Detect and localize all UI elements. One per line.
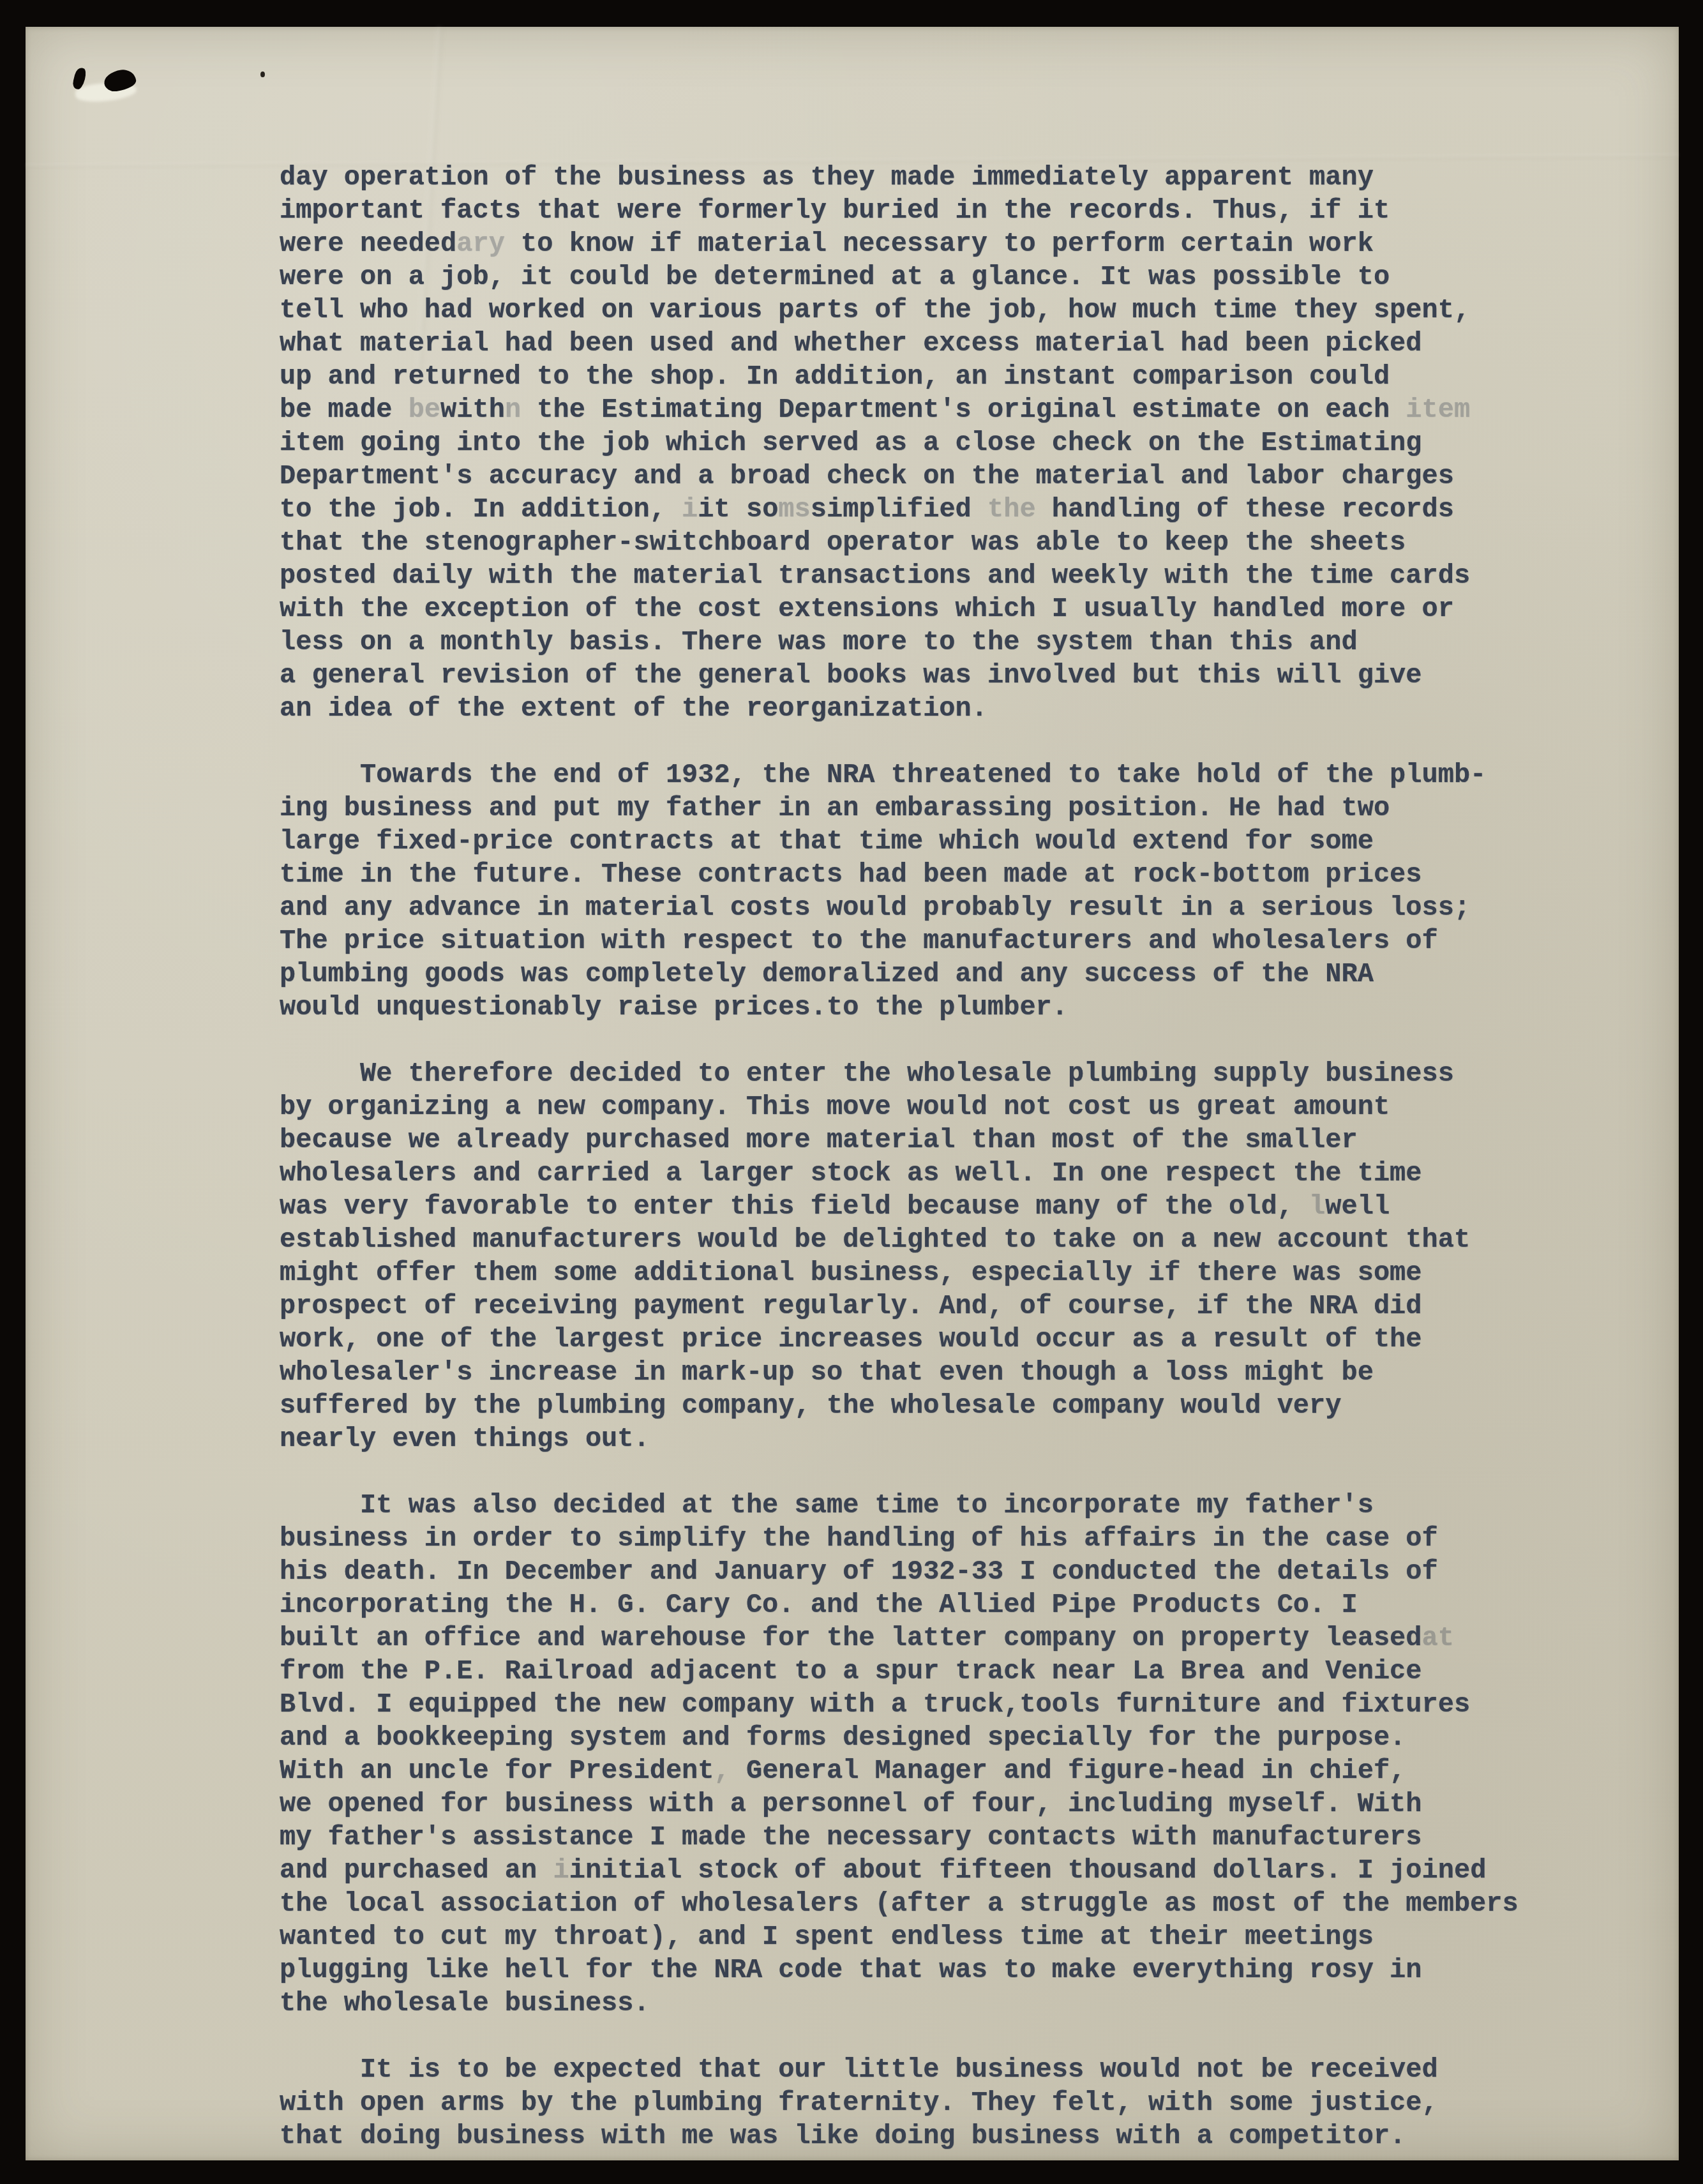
text-line: were neededary to know if material neces… xyxy=(280,227,1658,260)
text-line: that doing business with me was like doi… xyxy=(280,2120,1658,2153)
text-line: It is to be expected that our little bus… xyxy=(280,2053,1658,2086)
text-segment: with open arms by the plumbing fraternit… xyxy=(280,2088,1438,2118)
text-segment: because we already purchased more materi… xyxy=(280,1125,1358,1156)
text-segment: It was also decided at the same time to … xyxy=(280,1490,1374,1521)
text-line: large fixed-price contracts at that time… xyxy=(280,825,1658,858)
text-line: wanted to cut my throat), and I spent en… xyxy=(280,1920,1658,1954)
text-line: my father's assistance I made the necess… xyxy=(280,1821,1658,1854)
ghost-overtyped-text: n xyxy=(505,395,521,425)
text-segment: time in the future. These contracts had … xyxy=(280,859,1422,890)
text-segment: to the job. In addition, xyxy=(280,494,682,525)
text-line: business in order to simplify the handli… xyxy=(280,1522,1658,1555)
text-line: Department's accuracy and a broad check … xyxy=(280,460,1658,493)
text-segment: and purchased an xyxy=(280,1855,553,1886)
text-segment: important facts that were formerly burie… xyxy=(280,195,1390,226)
text-line: suffered by the plumbing company, the wh… xyxy=(280,1389,1658,1422)
text-segment: that doing business with me was like doi… xyxy=(280,2121,1406,2151)
text-line: We therefore decided to enter the wholes… xyxy=(280,1057,1658,1090)
text-line: an idea of the extent of the reorganizat… xyxy=(280,692,1658,725)
text-line: what material had been used and whether … xyxy=(280,327,1658,360)
text-segment: a general revision of the general books … xyxy=(280,660,1422,691)
ghost-overtyped-text: at xyxy=(1422,1623,1454,1653)
text-segment: work, one of the largest price increases… xyxy=(280,1324,1422,1355)
text-line: built an office and warehouse for the la… xyxy=(280,1622,1658,1655)
text-line: wholesalers and carried a larger stock a… xyxy=(280,1157,1658,1190)
text-segment: plugging like hell for the NRA code that… xyxy=(280,1955,1422,1985)
text-segment: what material had been used and whether … xyxy=(280,328,1422,359)
ghost-overtyped-text: the xyxy=(972,494,1052,525)
text-line: time in the future. These contracts had … xyxy=(280,858,1658,891)
text-segment: be made xyxy=(280,395,409,425)
text-line: posted daily with the material transacti… xyxy=(280,559,1658,592)
text-segment: incorporating the H. G. Cary Co. and the… xyxy=(280,1590,1358,1620)
text-segment: from the P.E. Railroad adjacent to a spu… xyxy=(280,1656,1422,1687)
text-line: nearly even things out. xyxy=(280,1422,1658,1456)
text-line: Blvd. I equipped the new company with a … xyxy=(280,1688,1658,1721)
paragraph: It is to be expected that our little bus… xyxy=(280,2053,1658,2153)
text-segment: well xyxy=(1325,1191,1390,1222)
text-segment: an idea of the extent of the reorganizat… xyxy=(280,693,987,724)
text-line: less on a monthly basis. There was more … xyxy=(280,626,1658,659)
text-segment: the Estimating Department's original est… xyxy=(521,395,1390,425)
text-segment: with the exception of the cost extension… xyxy=(280,594,1454,624)
text-line: with the exception of the cost extension… xyxy=(280,592,1658,626)
text-segment: the local association of wholesalers (af… xyxy=(280,1888,1519,1919)
text-segment: Department's accuracy and a broad check … xyxy=(280,461,1454,492)
text-line: by organizing a new company. This move w… xyxy=(280,1090,1658,1124)
text-line: day operation of the business as they ma… xyxy=(280,161,1658,194)
text-line: With an uncle for President, General Man… xyxy=(280,1754,1658,1788)
text-line: work, one of the largest price increases… xyxy=(280,1323,1658,1356)
text-segment: handling of these records xyxy=(1052,494,1454,525)
text-line: incorporating the H. G. Cary Co. and the… xyxy=(280,1588,1658,1622)
text-segment: were needed xyxy=(280,229,456,259)
text-line: ing business and put my father in an emb… xyxy=(280,792,1658,825)
text-segment: my father's assistance I made the necess… xyxy=(280,1822,1422,1853)
text-line: be made bewithn the Estimating Departmen… xyxy=(280,393,1658,426)
text-line: would unquestionably raise prices.to the… xyxy=(280,991,1658,1024)
text-segment: with xyxy=(440,395,505,425)
text-line: was very favorable to enter this field b… xyxy=(280,1190,1658,1223)
text-line: might offer them some additional busines… xyxy=(280,1256,1658,1290)
text-segment: The price situation with respect to the … xyxy=(280,926,1438,956)
text-segment: would unquestionably raise prices.to the… xyxy=(280,992,1068,1023)
text-line: item going into the job which served as … xyxy=(280,426,1658,460)
text-line: a general revision of the general books … xyxy=(280,659,1658,692)
text-line: Towards the end of 1932, the NRA threate… xyxy=(280,758,1658,792)
text-line: from the P.E. Railroad adjacent to a spu… xyxy=(280,1655,1658,1688)
text-segment: his death. In December and January of 19… xyxy=(280,1556,1438,1587)
text-segment: It is to be expected that our little bus… xyxy=(280,2054,1438,2085)
text-line: plumbing goods was completely demoralize… xyxy=(280,958,1658,991)
scan-background: day operation of the business as they ma… xyxy=(0,0,1703,2184)
paragraph: day operation of the business as they ma… xyxy=(280,161,1658,725)
text-line: plugging like hell for the NRA code that… xyxy=(280,1954,1658,1987)
ink-speck xyxy=(260,72,265,77)
text-segment: the wholesale business. xyxy=(280,1988,650,2019)
text-line: The price situation with respect to the … xyxy=(280,924,1658,958)
text-segment: established manufacturers would be delig… xyxy=(280,1224,1470,1255)
text-segment: day operation of the business as they ma… xyxy=(280,162,1374,193)
text-segment: Towards the end of 1932, the NRA threate… xyxy=(280,760,1486,790)
text-line: It was also decided at the same time to … xyxy=(280,1489,1658,1522)
text-segment: that the stenographer-switchboard operat… xyxy=(280,527,1406,558)
text-segment: nearly even things out. xyxy=(280,1424,650,1454)
text-line: prospect of receiving payment regularly.… xyxy=(280,1290,1658,1323)
text-line: that the stenographer-switchboard operat… xyxy=(280,526,1658,559)
text-segment: initial stock of about fifteen thousand … xyxy=(569,1855,1487,1886)
text-line: wholesaler's increase in mark-up so that… xyxy=(280,1356,1658,1389)
ghost-overtyped-text: , xyxy=(714,1756,730,1786)
text-segment: business in order to simplify the handli… xyxy=(280,1523,1438,1554)
text-segment: We therefore decided to enter the wholes… xyxy=(280,1058,1454,1089)
text-segment: With an uncle for President xyxy=(280,1756,714,1786)
text-segment: General Manager and figure-head in chief… xyxy=(730,1756,1406,1786)
text-segment: suffered by the plumbing company, the wh… xyxy=(280,1390,1341,1421)
ghost-overtyped-text: i xyxy=(682,494,698,525)
paragraph: It was also decided at the same time to … xyxy=(280,1489,1658,2020)
text-line: his death. In December and January of 19… xyxy=(280,1555,1658,1588)
ghost-overtyped-text: l xyxy=(1309,1191,1325,1222)
text-line: with open arms by the plumbing fraternit… xyxy=(280,2086,1658,2120)
text-segment: less on a monthly basis. There was more … xyxy=(280,627,1358,658)
text-line: because we already purchased more materi… xyxy=(280,1124,1658,1157)
text-segment: wholesaler's increase in mark-up so that… xyxy=(280,1357,1374,1388)
text-segment: simplified xyxy=(811,494,972,525)
text-segment: and a bookkeeping system and forms desig… xyxy=(280,1722,1406,1753)
paragraph: Towards the end of 1932, the NRA threate… xyxy=(280,758,1658,1024)
document-page: day operation of the business as they ma… xyxy=(26,27,1679,2160)
text-segment: wanted to cut my throat), and I spent en… xyxy=(280,1922,1374,1952)
text-segment: and any advance in material costs would … xyxy=(280,892,1470,923)
ghost-overtyped-text: i xyxy=(553,1855,569,1886)
ghost-overtyped-text: ary xyxy=(456,229,505,259)
text-line: and purchased an iinitial stock of about… xyxy=(280,1854,1658,1887)
text-line: the local association of wholesalers (af… xyxy=(280,1887,1658,1920)
text-line: were on a job, it could be determined at… xyxy=(280,260,1658,294)
text-line: the wholesale business. xyxy=(280,1987,1658,2020)
text-line: up and returned to the shop. In addition… xyxy=(280,360,1658,393)
ghost-overtyped-text: be xyxy=(409,395,440,425)
paragraph: We therefore decided to enter the wholes… xyxy=(280,1057,1658,1456)
text-segment: tell who had worked on various parts of … xyxy=(280,295,1470,326)
text-segment: large fixed-price contracts at that time… xyxy=(280,826,1374,857)
text-line: and any advance in material costs would … xyxy=(280,891,1658,924)
typewritten-text: day operation of the business as they ma… xyxy=(280,161,1658,2184)
text-segment: were on a job, it could be determined at… xyxy=(280,262,1390,292)
text-segment: we opened for business with a personnel … xyxy=(280,1789,1422,1819)
text-segment: to know if material necessary to perform… xyxy=(505,229,1374,259)
text-segment: wholesalers and carried a larger stock a… xyxy=(280,1158,1422,1189)
text-segment: up and returned to the shop. In addition… xyxy=(280,361,1390,392)
text-line: and a bookkeeping system and forms desig… xyxy=(280,1721,1658,1754)
text-segment: Blvd. I equipped the new company with a … xyxy=(280,1689,1470,1720)
text-segment: posted daily with the material transacti… xyxy=(280,561,1470,591)
ghost-overtyped-text: ms xyxy=(778,494,810,525)
text-segment: it so xyxy=(698,494,778,525)
text-segment: prospect of receiving payment regularly.… xyxy=(280,1291,1422,1322)
text-segment: might offer them some additional busines… xyxy=(280,1258,1422,1288)
text-segment: plumbing goods was completely demoralize… xyxy=(280,959,1374,990)
text-segment: built an office and warehouse for the la… xyxy=(280,1623,1422,1653)
text-line: established manufacturers would be delig… xyxy=(280,1223,1658,1256)
text-segment: by organizing a new company. This move w… xyxy=(280,1092,1390,1122)
text-line: important facts that were formerly burie… xyxy=(280,194,1658,227)
ghost-overtyped-text: item xyxy=(1390,395,1470,425)
text-segment: item going into the job which served as … xyxy=(280,428,1422,458)
text-segment: ing business and put my father in an emb… xyxy=(280,793,1390,824)
text-line: to the job. In addition, iit somssimplif… xyxy=(280,493,1658,526)
text-line: tell who had worked on various parts of … xyxy=(280,294,1658,327)
text-segment: was very favorable to enter this field b… xyxy=(280,1191,1309,1222)
text-line: we opened for business with a personnel … xyxy=(280,1788,1658,1821)
